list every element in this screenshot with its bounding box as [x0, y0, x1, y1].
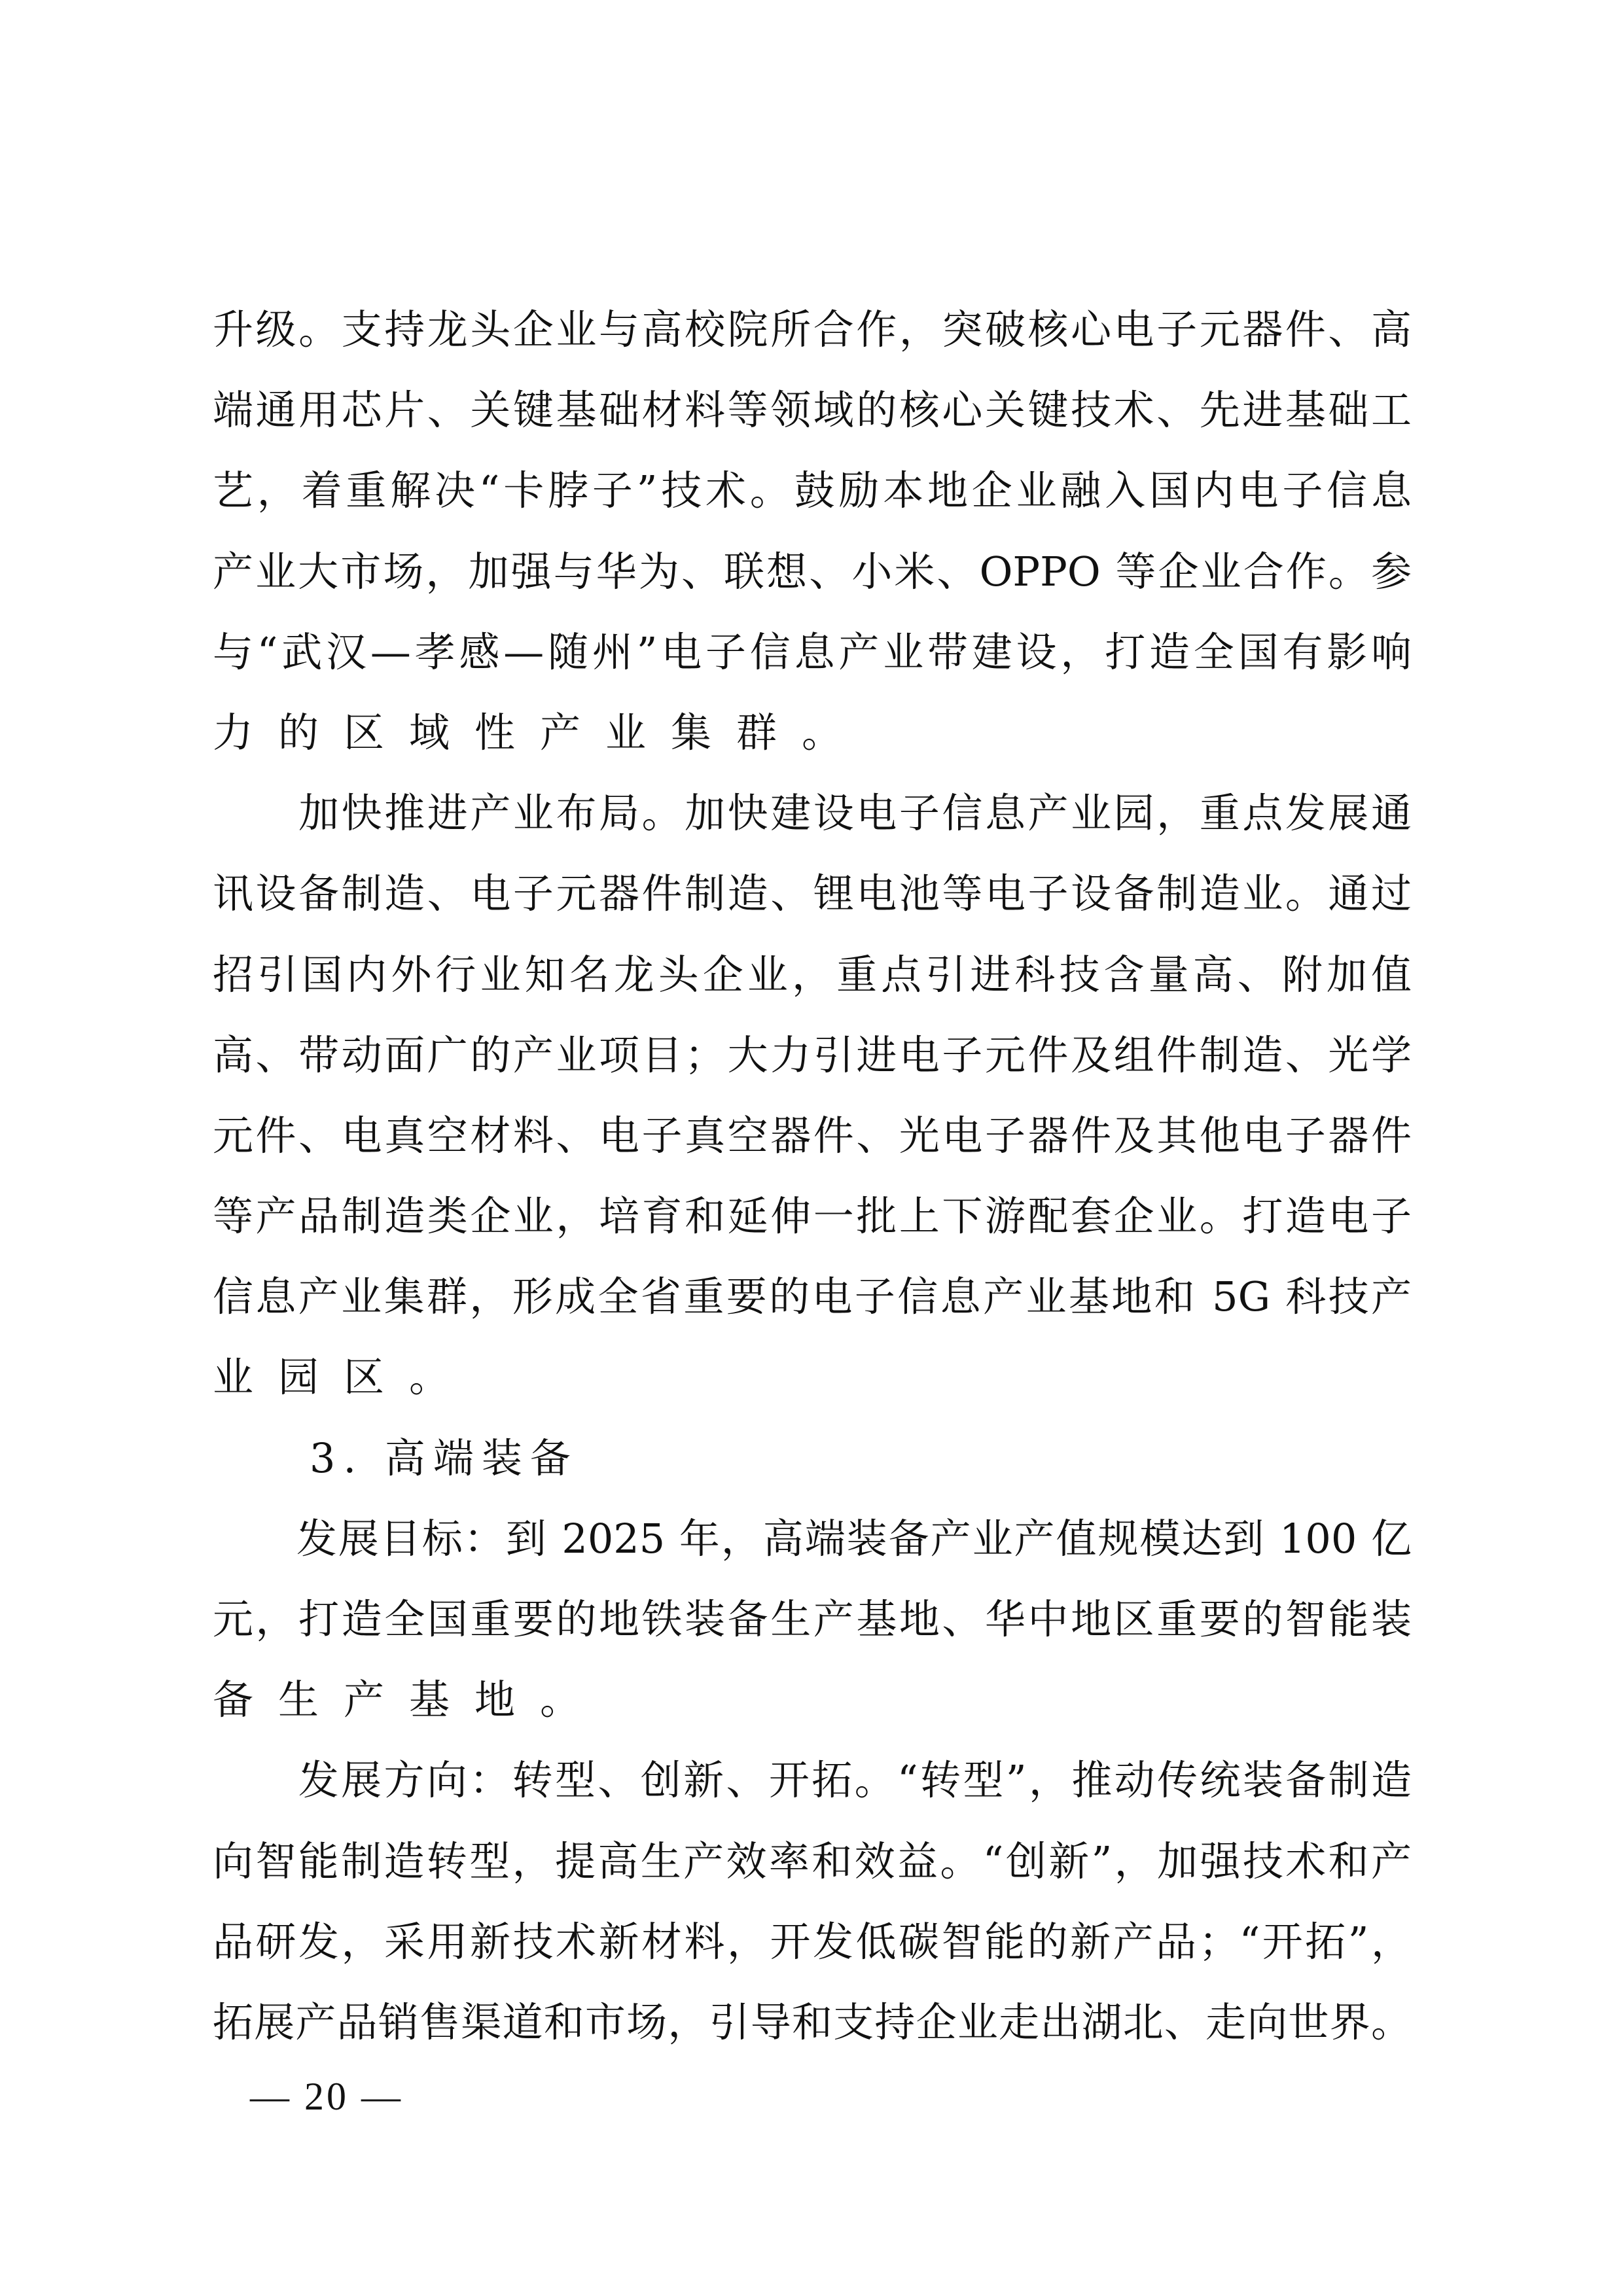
text-line: 艺，着重解决“卡脖子”技术。鼓励本地企业融入国内电子信息 — [213, 450, 1412, 531]
text-line: 品研发，采用新技术新材料，开发低碳智能的新产品；“开拓”， — [213, 1901, 1412, 1982]
text-line: 拓展产品销售渠道和市场，引导和支持企业走出湖北、走向世界。 — [213, 1982, 1412, 2062]
body-text: 升级。支持龙头企业与高校院所合作，突破核心电子元器件、高 端通用芯片、关键基础材… — [213, 289, 1412, 2062]
text-line: 备生产基地。 — [213, 1659, 1412, 1740]
heading-text: 3. 高端装备 — [213, 1418, 1412, 1498]
text-line: 力的区域性产业集群。 — [213, 692, 1412, 773]
text-line: 与“武汉—孝感—随州”电子信息产业带建设，打造全国有影响 — [213, 612, 1412, 692]
text-line: 向智能制造转型，提高生产效率和效益。“创新”，加强技术和产 — [213, 1821, 1412, 1901]
text-line: 等产品制造类企业，培育和延伸一批上下游配套企业。打造电子 — [213, 1176, 1412, 1256]
section-heading: 3. 高端装备 — [213, 1418, 1412, 1498]
text-line: 业园区。 — [213, 1337, 1412, 1417]
text-line: 发展目标：到 2025 年，高端装备产业产值规模达到 100 亿 — [213, 1498, 1412, 1579]
text-line: 产业大市场，加强与华为、联想、小米、OPPO 等企业合作。参 — [213, 531, 1412, 612]
text-line: 加快推进产业布局。加快建设电子信息产业园，重点发展通 — [213, 773, 1412, 853]
paragraph-development-direction: 发展方向：转型、创新、开拓。“转型”，推动传统装备制造 向智能制造转型，提高生产… — [213, 1740, 1412, 2062]
text-line: 信息产业集群，形成全省重要的电子信息产业基地和 5G 科技产 — [213, 1256, 1412, 1337]
paragraph-continuation: 升级。支持龙头企业与高校院所合作，突破核心电子元器件、高 端通用芯片、关键基础材… — [213, 289, 1412, 773]
text-line: 升级。支持龙头企业与高校院所合作，突破核心电子元器件、高 — [213, 289, 1412, 370]
text-line: 端通用芯片、关键基础材料等领域的核心关键技术、先进基础工 — [213, 370, 1412, 450]
page-number: — 20 — — [250, 2074, 403, 2119]
text-line: 元件、电真空材料、电子真空器件、光电子器件及其他电子器件 — [213, 1095, 1412, 1176]
paragraph-industry-layout: 加快推进产业布局。加快建设电子信息产业园，重点发展通 讯设备制造、电子元器件制造… — [213, 773, 1412, 1418]
text-line: 元，打造全国重要的地铁装备生产基地、华中地区重要的智能装 — [213, 1579, 1412, 1659]
text-line: 招引国内外行业知名龙头企业，重点引进科技含量高、附加值 — [213, 934, 1412, 1015]
text-line: 高、带动面广的产业项目；大力引进电子元件及组件制造、光学 — [213, 1015, 1412, 1095]
text-line: 发展方向：转型、创新、开拓。“转型”，推动传统装备制造 — [213, 1740, 1412, 1820]
document-page: 升级。支持龙头企业与高校院所合作，突破核心电子元器件、高 端通用芯片、关键基础材… — [0, 0, 1623, 2296]
paragraph-development-goal: 发展目标：到 2025 年，高端装备产业产值规模达到 100 亿 元，打造全国重… — [213, 1498, 1412, 1740]
text-line: 讯设备制造、电子元器件制造、锂电池等电子设备制造业。通过 — [213, 853, 1412, 934]
